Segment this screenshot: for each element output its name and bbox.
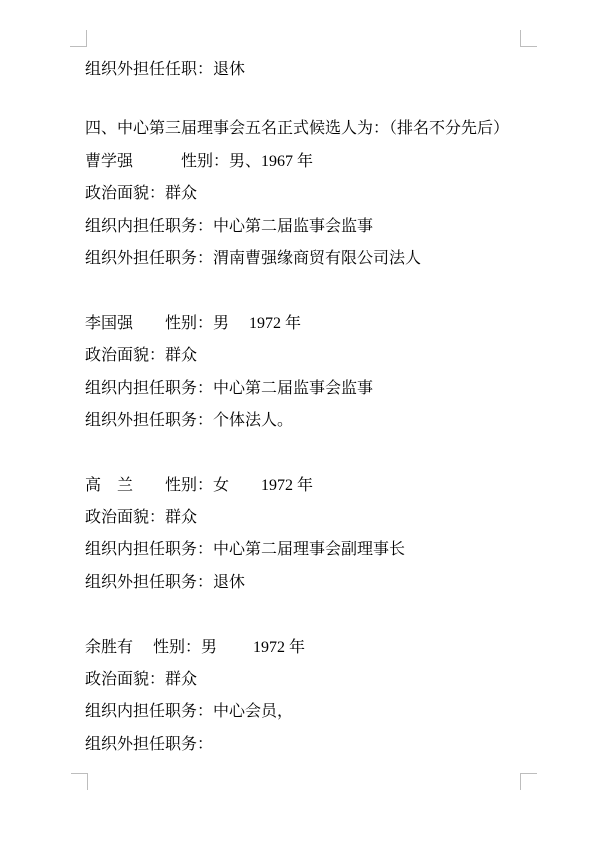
candidate-1-internal-position-line: 组织内担任职务：中心第二届监事会监事 (85, 211, 521, 243)
candidate-4-political-status-line: 政治面貌：群众 (85, 664, 521, 696)
document-page: 组织外担任任职：退休 四、中心第三届理事会五名正式候选人为：（排名不分先后） 曹… (0, 0, 611, 847)
candidate-2-political-status-line: 政治面貌：群众 (85, 340, 521, 372)
candidate-3-internal-position-line: 组织内担任职务：中心第二届理事会副理事长 (85, 534, 521, 566)
carryover-external-post-line: 组织外担任任职：退休 (85, 54, 521, 86)
blank-line (85, 599, 521, 631)
blank-line (85, 437, 521, 469)
blank-line (85, 275, 521, 307)
document-text-area: 组织外担任任职：退休 四、中心第三届理事会五名正式候选人为：（排名不分先后） 曹… (85, 54, 521, 761)
margin-corner-mark-top-left (70, 30, 87, 47)
candidate-3-name-line: 高 兰 性别：女 1972 年 (85, 470, 521, 502)
candidate-1-name-line: 曹学强 性别：男、1967 年 (85, 146, 521, 178)
candidate-3-external-position-line: 组织外担任职务：退休 (85, 567, 521, 599)
candidate-4-name-line: 余胜有 性别：男 1972 年 (85, 632, 521, 664)
candidate-3-political-status-line: 政治面貌：群众 (85, 502, 521, 534)
blank-line (85, 86, 521, 113)
margin-corner-mark-top-right (520, 30, 537, 47)
candidate-2-external-position-line: 组织外担任职务：个体法人。 (85, 405, 521, 437)
candidate-1-external-position-line: 组织外担任职务：渭南曹强缘商贸有限公司法人 (85, 243, 521, 275)
candidate-2-name-line: 李国强 性别：男 1972 年 (85, 308, 521, 340)
margin-corner-mark-bottom-left (71, 773, 88, 790)
section-heading: 四、中心第三届理事会五名正式候选人为：（排名不分先后） (85, 113, 521, 145)
candidate-1-political-status-line: 政治面貌：群众 (85, 178, 521, 210)
candidate-4-internal-position-line: 组织内担任职务：中心会员， (85, 696, 521, 728)
margin-corner-mark-bottom-right (520, 773, 537, 790)
candidate-2-internal-position-line: 组织内担任职务：中心第二届监事会监事 (85, 373, 521, 405)
candidate-4-external-position-line: 组织外担任职务： (85, 729, 521, 761)
